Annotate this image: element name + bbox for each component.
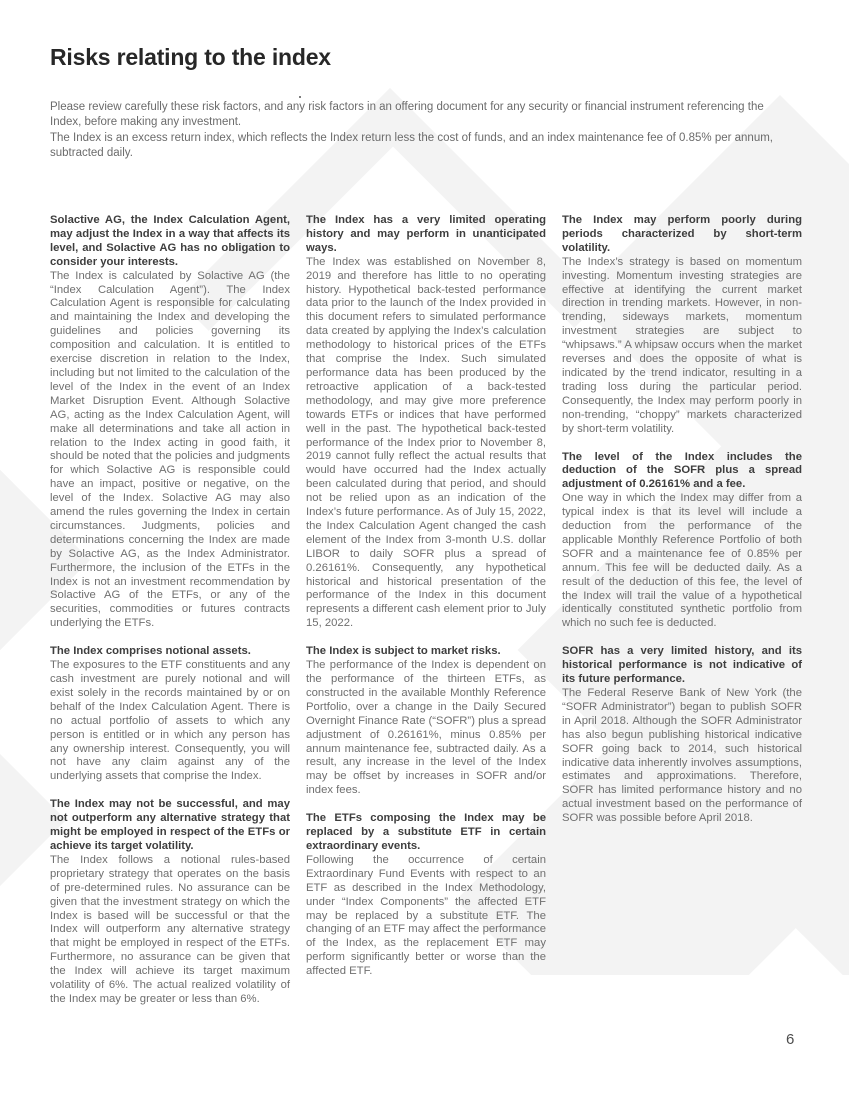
risk-section: The ETFs composing the Index may be repl…: [306, 812, 546, 979]
risk-section-heading: The Index is subject to market risks.: [306, 645, 546, 659]
risk-column-3: The Index may perform poorly during peri…: [562, 214, 802, 1021]
risk-section-heading: The Index may perform poorly during peri…: [562, 214, 802, 256]
intro-paragraph-2: The Index is an excess return index, whi…: [50, 131, 788, 162]
risk-section-heading: Solactive AG, the Index Calculation Agen…: [50, 214, 290, 270]
page-title: Risks relating to the index: [50, 44, 331, 71]
risk-section: Solactive AG, the Index Calculation Agen…: [50, 214, 290, 631]
risk-section-body: The Index’s strategy is based on momentu…: [562, 256, 802, 437]
risk-section: The Index may perform poorly during peri…: [562, 214, 802, 437]
risk-section-heading: The level of the Index includes the dedu…: [562, 451, 802, 493]
risk-section: SOFR has a very limited history, and its…: [562, 645, 802, 826]
risk-section-body: The Index is calculated by Solactive AG …: [50, 270, 290, 632]
risk-section: The Index may not be successful, and may…: [50, 798, 290, 1007]
risk-section: The Index is subject to market risks. Th…: [306, 645, 546, 798]
risk-section-heading: The Index comprises notional assets.: [50, 645, 290, 659]
risk-section: The level of the Index includes the dedu…: [562, 451, 802, 632]
stray-dot: [299, 96, 301, 98]
risk-column-2: The Index has a very limited operating h…: [306, 214, 546, 1021]
risk-column-1: Solactive AG, the Index Calculation Agen…: [50, 214, 290, 1021]
risk-section-body: The performance of the Index is dependen…: [306, 659, 546, 798]
risk-section-heading: The ETFs composing the Index may be repl…: [306, 812, 546, 854]
risk-section-heading: The Index may not be successful, and may…: [50, 798, 290, 854]
risk-section-heading: SOFR has a very limited history, and its…: [562, 645, 802, 687]
intro-paragraphs: Please review carefully these risk facto…: [50, 100, 788, 162]
risk-section: The Index has a very limited operating h…: [306, 214, 546, 631]
risk-columns: Solactive AG, the Index Calculation Agen…: [50, 214, 802, 1021]
risk-section-body: Following the occurrence of certain Extr…: [306, 854, 546, 979]
risk-section-body: The Federal Reserve Bank of New York (th…: [562, 687, 802, 826]
risk-section: The Index comprises notional assets. The…: [50, 645, 290, 784]
risk-section-body: One way in which the Index may differ fr…: [562, 492, 802, 631]
risk-section-body: The Index follows a notional rules-based…: [50, 854, 290, 1007]
page-number: 6: [786, 1031, 794, 1048]
intro-paragraph-1: Please review carefully these risk facto…: [50, 100, 788, 131]
risk-section-body: The Index was established on November 8,…: [306, 256, 546, 631]
risk-section-heading: The Index has a very limited operating h…: [306, 214, 546, 256]
risk-section-body: The exposures to the ETF constituents an…: [50, 659, 290, 784]
